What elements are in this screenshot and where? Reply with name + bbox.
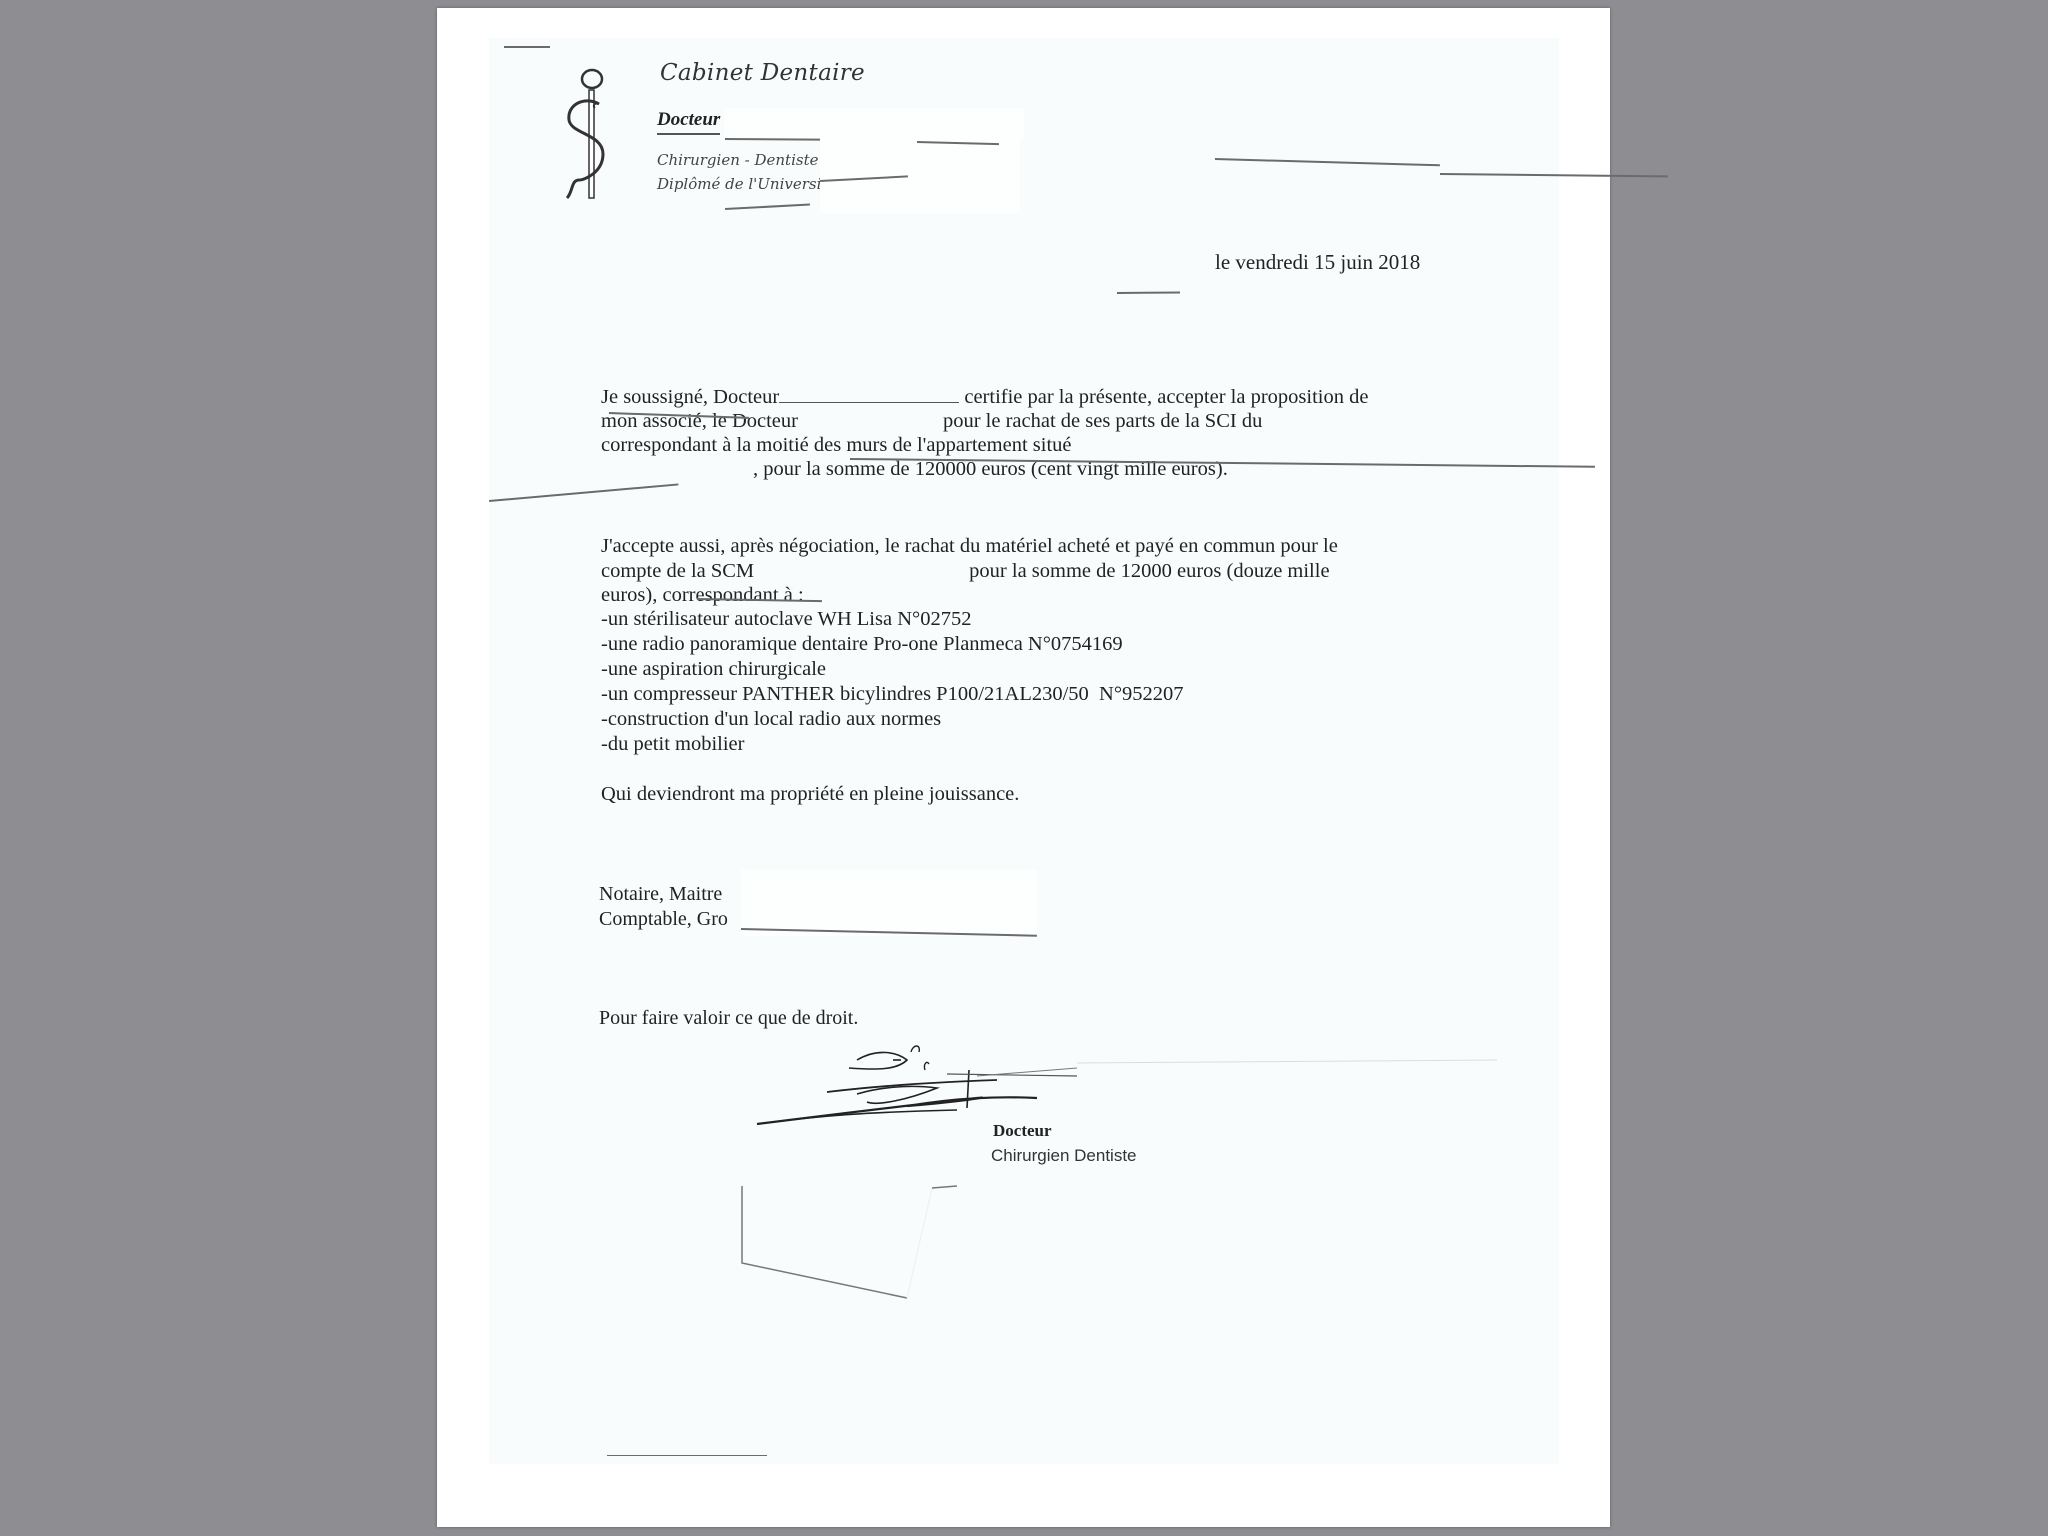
signature-title: Chirurgien Dentiste [991, 1146, 1137, 1166]
paragraph-2-line-1: J'accepte aussi, après négociation, le r… [601, 534, 1338, 559]
paragraph-1-line-1: Je soussigné, Docteur certifie par la pr… [601, 385, 1368, 410]
text: compte de la SCM [601, 560, 754, 582]
practice-name: Cabinet Dentaire [660, 60, 865, 86]
notary-line: Notaire, Maitre [599, 882, 722, 907]
scan-mark [504, 46, 550, 48]
profession: Chirurgien - Dentiste [657, 148, 836, 172]
paragraph-2-line-3: euros), correspondant à : [601, 583, 804, 608]
paragraph-1-line-2: mon associé, le Docteurpour le rachat de… [601, 409, 1262, 434]
paragraph-1-line-3: correspondant à la moitié des murs de l'… [601, 433, 1072, 458]
redaction-box [724, 108, 1024, 138]
redaction-box [820, 138, 1020, 213]
text: certifie par la présente, accepter la pr… [964, 386, 1368, 408]
scan-mark [607, 1455, 767, 1456]
text: pour le rachat de ses parts de la SCI du [943, 410, 1262, 432]
list-item: -un stérilisateur autoclave WH Lisa N°02… [601, 607, 971, 632]
redacted-name [779, 388, 959, 403]
list-item: -construction d'un local radio aux norme… [601, 707, 941, 732]
text: Je soussigné, Docteur [601, 386, 779, 408]
caduceus-logo-icon [559, 68, 619, 204]
formula-line: Pour faire valoir ce que de droit. [599, 1006, 858, 1031]
closing-statement: Qui deviendront ma propriété en pleine j… [601, 782, 1019, 807]
list-item: -une aspiration chirurgicale [601, 657, 826, 682]
redaction-box [741, 870, 1037, 936]
letterhead-credentials: Chirurgien - Dentiste Diplômé de l'Unive… [657, 148, 836, 196]
list-item: -du petit mobilier [601, 732, 744, 757]
list-item: -un compresseur PANTHER bicylindres P100… [601, 682, 1184, 707]
list-item: -une radio panoramique dentaire Pro-one … [601, 632, 1123, 657]
paragraph-2-line-2: compte de la SCMpour la somme de 12000 e… [601, 559, 1330, 584]
diploma: Diplômé de l'Université [657, 172, 836, 196]
text: pour la somme de 12000 euros (douze mill… [969, 560, 1329, 582]
date-line: le vendredi 15 juin 2018 [1215, 250, 1420, 275]
letterhead-title: Docteur [657, 109, 720, 135]
accountant-line: Comptable, Gro [599, 907, 728, 932]
document-page: Cabinet Dentaire Docteur Chirurgien - De… [437, 8, 1610, 1527]
signature-label: Docteur [993, 1121, 1052, 1141]
